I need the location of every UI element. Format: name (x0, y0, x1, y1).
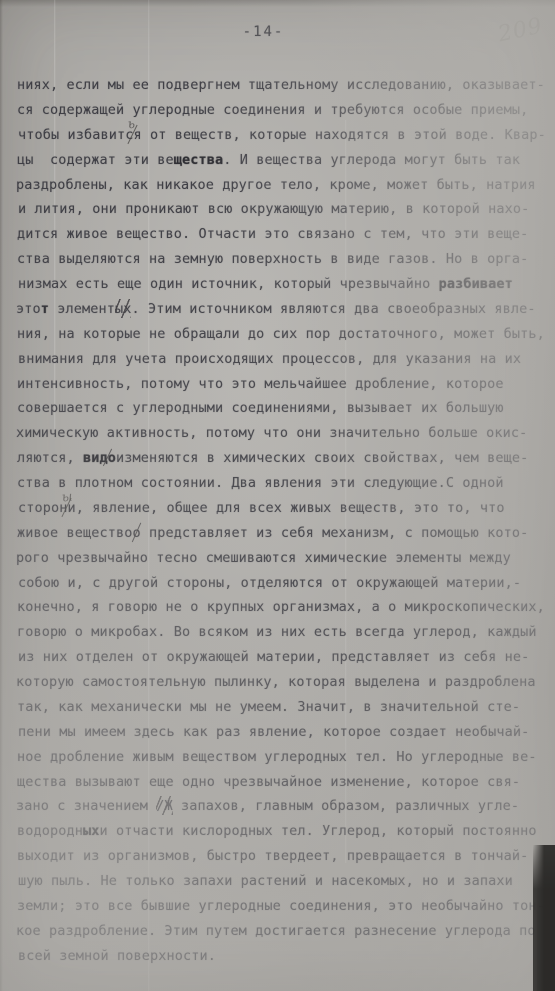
text-run: внимания для учета происходящих процессо… (18, 351, 521, 367)
text-run: . И вещества углерода могут быть так (223, 152, 520, 168)
text-run: чтобы избавит (18, 127, 125, 143)
text-run: , явление, общее для всех живых веществ,… (76, 500, 505, 516)
text-run: о (132, 525, 140, 541)
text-line: ства выделяются на земную поверхность в … (17, 247, 551, 272)
text-line: из них отделен от окружающей материи, пр… (18, 645, 552, 670)
text-line: чтобы избавится от веществ, которые нахо… (18, 123, 552, 148)
text-run: собою и, с другой стороны, отделяются от… (18, 575, 521, 591)
text-run: цы содержат эти ве (17, 152, 174, 168)
text-line: химическую активность, потому что они зн… (16, 421, 550, 446)
text-line: собою и, с другой стороны, отделяются от… (18, 571, 552, 596)
text-line: так, как механически мы не умеем. Значит… (17, 695, 551, 720)
text-line: кое раздробление. Этим путем достигается… (16, 919, 550, 944)
text-line: низмах есть еще один источник, который ч… (18, 272, 552, 297)
text-run: конечно, я говорю не о крупных организма… (17, 599, 545, 615)
text-run: интенсивность, потому что это мельчайшее… (17, 376, 504, 392)
text-run: щества вызывают еще одно чрезвычайное из… (17, 774, 520, 790)
text-line: ния, на которые не обращали до сих пор д… (17, 322, 551, 347)
text-run: ся содержащей углеродные соединения и тр… (17, 102, 528, 118)
text-line: водородныхи отчасти кислородных тел. Угл… (17, 819, 551, 844)
text-run: ния, на которые не обращали до сих пор д… (17, 326, 545, 342)
text-run: т (41, 301, 49, 317)
text-run: ства в плотном состоянии. Два явления эт… (17, 475, 504, 491)
text-run: дится живое вещество. Отчасти это связан… (17, 226, 528, 242)
text-run: химическую активность, потому что они зн… (16, 425, 527, 441)
text-run: видо (83, 450, 116, 466)
text-run: ниях, если мы ее подвергнем тщательному … (17, 77, 545, 93)
text-line: совершается с углеродными соединениями, … (17, 396, 551, 421)
text-run: рого чрезвычайно тесно смешиваются химич… (16, 550, 511, 566)
text-line: ся содержащей углеродные соединения и тр… (17, 98, 551, 123)
text-run: /Ж (156, 798, 173, 814)
text-line: цы содержат эти вещества. И вещества угл… (17, 148, 551, 173)
scanned-page: -14- 209 ниях, если мы ее подвергнем тща… (0, 0, 555, 991)
text-line: дится живое вещество. Отчасти это связан… (17, 222, 551, 247)
text-run: ляются, (17, 450, 83, 466)
text-line: рого чрезвычайно тесно смешиваются химич… (16, 546, 550, 571)
text-line: ное дробление живым веществом углеродных… (17, 745, 551, 770)
text-run: разбивает (439, 276, 513, 292)
text-line: всей земной поверхности. (18, 944, 552, 969)
text-run: ное дробление живым веществом углеродных… (17, 749, 537, 765)
text-run: щества (174, 152, 224, 168)
text-run: ся (125, 127, 142, 143)
typed-text: ниях, если мы ее подвергнем тщательному … (17, 73, 551, 969)
text-run: ых (115, 301, 132, 317)
text-run: шую пыль. Не только запахи растений и на… (18, 873, 513, 889)
text-line: ства в плотном состоянии. Два явления эт… (17, 471, 551, 496)
text-line: которую самостоятельную пылинку, которая… (16, 670, 550, 695)
text-run: всей земной поверхности. (18, 948, 216, 964)
text-line: пени мы имеем здесь как раз явление, кот… (18, 720, 552, 745)
page-number: -14- (0, 24, 541, 40)
text-run: от веществ, которые находятся в этой вод… (142, 127, 546, 143)
text-line: этот элементых. Этим источником являются… (16, 297, 550, 322)
text-line: шую пыль. Не только запахи растений и на… (18, 869, 552, 894)
text-run: ства выделяются на земную поверхность в … (17, 251, 528, 267)
text-run: ни (59, 500, 76, 516)
text-run: земли; это все бывшие углеродные соедине… (17, 898, 545, 914)
text-line: зано с значением /Ж запахов, главным обр… (16, 794, 550, 819)
text-run: изменяются в химических своих свойствах,… (116, 450, 528, 466)
text-line: живое веществоо представляет из себя мех… (17, 521, 551, 546)
text-line: раздроблены, как никакое другое тело, кр… (16, 173, 550, 198)
text-line: щества вызывают еще одно чрезвычайное из… (17, 770, 551, 795)
text-line: сторони, явление, общее для всех живых в… (18, 496, 552, 521)
text-run: водородн (17, 823, 83, 839)
text-run: которую самостоятельную пылинку, которая… (16, 674, 536, 690)
text-run: сторо (18, 500, 59, 516)
text-run: пени мы имеем здесь как раз явление, кот… (18, 724, 529, 740)
text-line: ниях, если мы ее подвергнем тщательному … (17, 73, 551, 98)
text-run: . Этим источником являются два своеобраз… (131, 301, 535, 317)
text-run: запахов, главным образом, различных угле… (173, 798, 519, 814)
text-run: низмах есть еще один источник, который ч… (18, 276, 439, 292)
text-line: конечно, я говорю не о крупных организма… (17, 595, 551, 620)
text-line: внимания для учета происходящих процессо… (18, 347, 552, 372)
text-run: совершается с углеродными соединениями, … (17, 400, 504, 416)
text-run: так, как механически мы не умеем. Значит… (17, 699, 520, 715)
text-run: выходит из организмов, быстро твердеет, … (17, 848, 528, 864)
text-run: это (16, 301, 41, 317)
text-run: зано с значением (16, 798, 156, 814)
text-line: ляются, видоизменяются в химических свои… (17, 446, 551, 471)
text-line: земли; это все бывшие углеродные соедине… (17, 894, 551, 919)
text-run: раздроблены, как никакое другое тело, кр… (16, 177, 536, 193)
text-line: говорю о микробах. Во всяком из них есть… (17, 620, 551, 645)
text-run: из них отделен от окружающей материи, пр… (18, 649, 529, 665)
text-line: интенсивность, потому что это мельчайшее… (17, 372, 551, 397)
text-line: выходит из организмов, быстро твердеет, … (17, 844, 551, 869)
text-run: ых (83, 823, 100, 839)
text-run: говорю о микробах. Во всяком из них есть… (17, 624, 537, 640)
text-run: и отчасти кислородных тел. Углерод, кото… (99, 823, 536, 839)
text-run: и лития, они проникают всю окружающую ма… (18, 201, 529, 217)
text-line: и лития, они проникают всю окружающую ма… (18, 197, 552, 222)
text-run: элемент (49, 301, 115, 317)
text-run: кое раздробление. Этим путем достигается… (16, 923, 536, 939)
text-run: живое вещество (17, 525, 132, 541)
text-run: представляет из себя механизм, с помощью… (141, 525, 529, 541)
